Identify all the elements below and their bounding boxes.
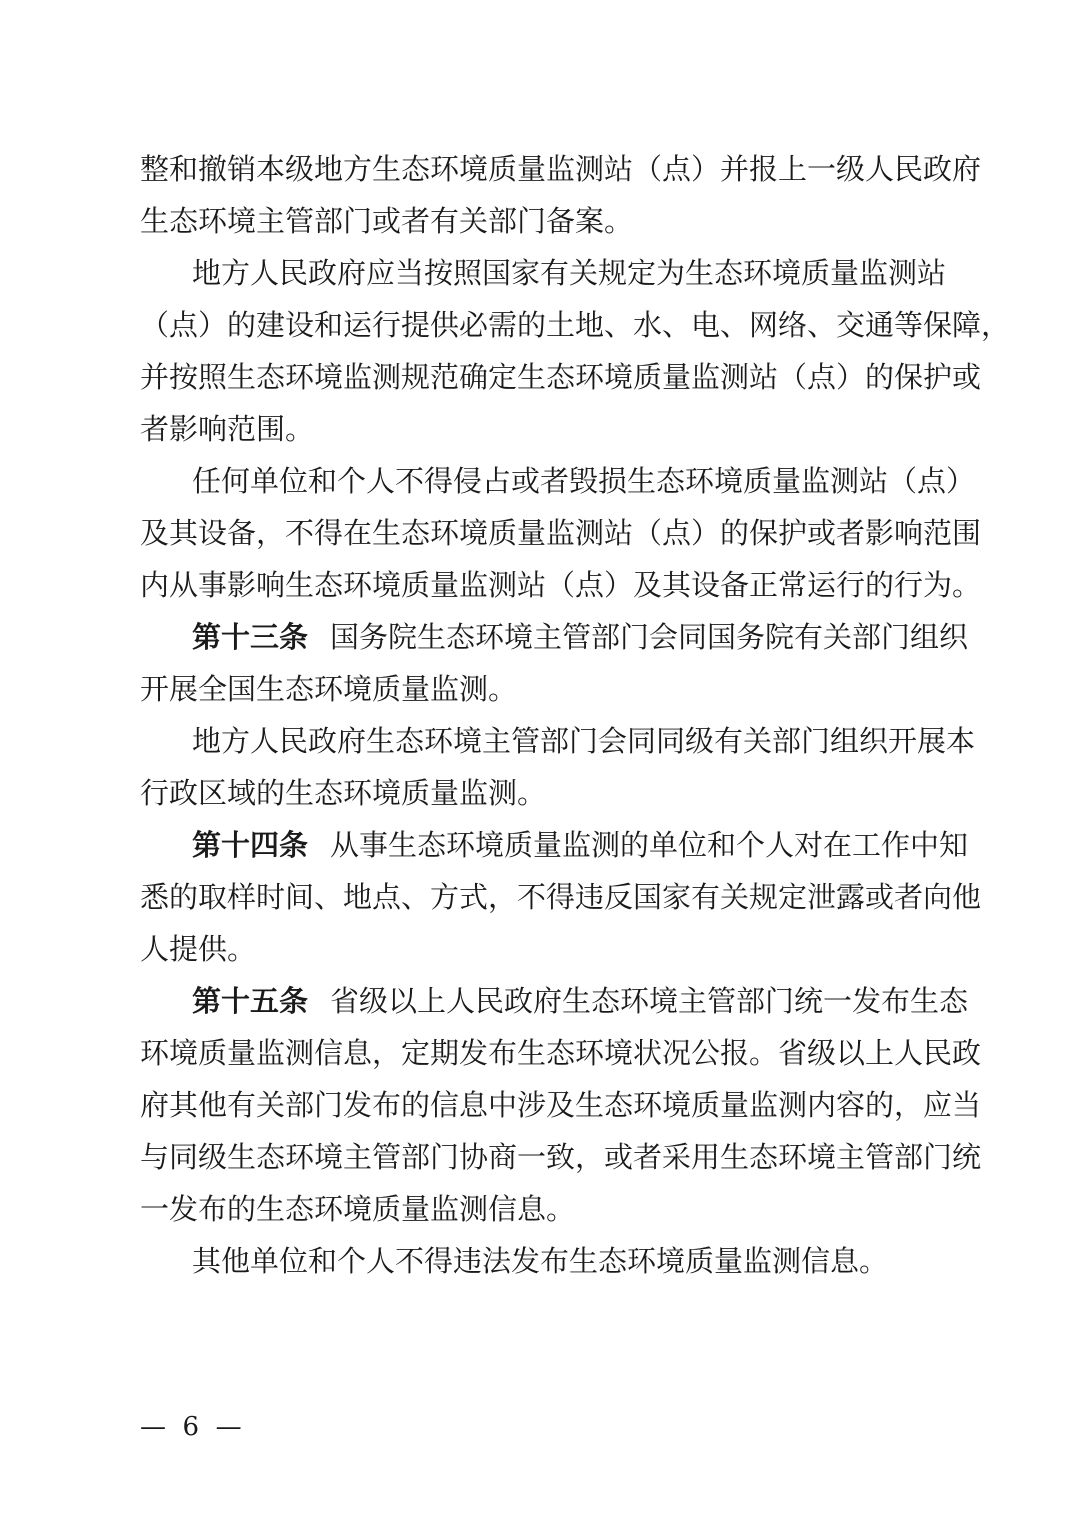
paragraph: 整和撤销本级地方生态环境质量监测站（点）并报上一级人民政府 生态环境主管部门或者… xyxy=(140,143,940,247)
article-text: 省级以上人民政府生态环境主管部门统一发布生态 xyxy=(330,984,968,1018)
article-14: 第十四条从事生态环境质量监测的单位和个人对在工作中知 悉的取样时间、地点、方式，… xyxy=(140,819,940,975)
text-line: 府其他有关部门发布的信息中涉及生态环境质量监测内容的，应当 xyxy=(140,1079,940,1131)
paragraph: 地方人民政府应当按照国家有关规定为生态环境质量监测站 （点）的建设和运行提供必需… xyxy=(140,247,940,455)
article-heading: 第十四条 xyxy=(192,828,308,862)
text-line: 环境质量监测信息，定期发布生态环境状况公报。省级以上人民政 xyxy=(140,1027,940,1079)
article-15: 第十五条省级以上人民政府生态环境主管部门统一发布生态 环境质量监测信息，定期发布… xyxy=(140,975,940,1235)
text-line: 其他单位和个人不得违法发布生态环境质量监测信息。 xyxy=(140,1235,940,1287)
text-line: 及其设备，不得在生态环境质量监测站（点）的保护或者影响范围 xyxy=(140,507,940,559)
article-heading: 第十三条 xyxy=(192,620,308,654)
text-line: 地方人民政府应当按照国家有关规定为生态环境质量监测站 xyxy=(140,247,940,299)
paragraph: 任何单位和个人不得侵占或者毁损生态环境质量监测站（点） 及其设备，不得在生态环境… xyxy=(140,455,940,611)
text-line: 与同级生态环境主管部门协商一致，或者采用生态环境主管部门统 xyxy=(140,1131,940,1183)
text-line: 一发布的生态环境质量监测信息。 xyxy=(140,1183,940,1235)
article-heading: 第十五条 xyxy=(192,984,308,1018)
text-line: 地方人民政府生态环境主管部门会同同级有关部门组织开展本 xyxy=(140,715,940,767)
article-13: 第十三条国务院生态环境主管部门会同国务院有关部门组织 开展全国生态环境质量监测。 xyxy=(140,611,940,715)
text-line: 生态环境主管部门或者有关部门备案。 xyxy=(140,195,940,247)
text-line: 整和撤销本级地方生态环境质量监测站（点）并报上一级人民政府 xyxy=(140,143,940,195)
text-line: 开展全国生态环境质量监测。 xyxy=(140,663,940,715)
text-line: 第十三条国务院生态环境主管部门会同国务院有关部门组织 xyxy=(140,611,940,663)
paragraph: 地方人民政府生态环境主管部门会同同级有关部门组织开展本 行政区域的生态环境质量监… xyxy=(140,715,940,819)
paragraph: 其他单位和个人不得违法发布生态环境质量监测信息。 xyxy=(140,1235,940,1287)
text-line: （点）的建设和运行提供必需的土地、水、电、网络、交通等保障， xyxy=(140,299,940,351)
text-line: 内从事影响生态环境质量监测站（点）及其设备正常运行的行为。 xyxy=(140,559,940,611)
article-text: 从事生态环境质量监测的单位和个人对在工作中知 xyxy=(330,828,968,862)
text-line: 行政区域的生态环境质量监测。 xyxy=(140,767,940,819)
text-line: 者影响范围。 xyxy=(140,403,940,455)
text-line: 并按照生态环境监测规范确定生态环境质量监测站（点）的保护或 xyxy=(140,351,940,403)
text-line: 任何单位和个人不得侵占或者毁损生态环境质量监测站（点） xyxy=(140,455,940,507)
page-number: — 6 — xyxy=(140,1412,242,1442)
text-line: 第十四条从事生态环境质量监测的单位和个人对在工作中知 xyxy=(140,819,940,871)
text-line: 悉的取样时间、地点、方式，不得违反国家有关规定泄露或者向他 xyxy=(140,871,940,923)
text-line: 第十五条省级以上人民政府生态环境主管部门统一发布生态 xyxy=(140,975,940,1027)
document-page: 整和撤销本级地方生态环境质量监测站（点）并报上一级人民政府 生态环境主管部门或者… xyxy=(140,143,940,1287)
article-text: 国务院生态环境主管部门会同国务院有关部门组织 xyxy=(330,620,968,654)
text-line: 人提供。 xyxy=(140,923,940,975)
